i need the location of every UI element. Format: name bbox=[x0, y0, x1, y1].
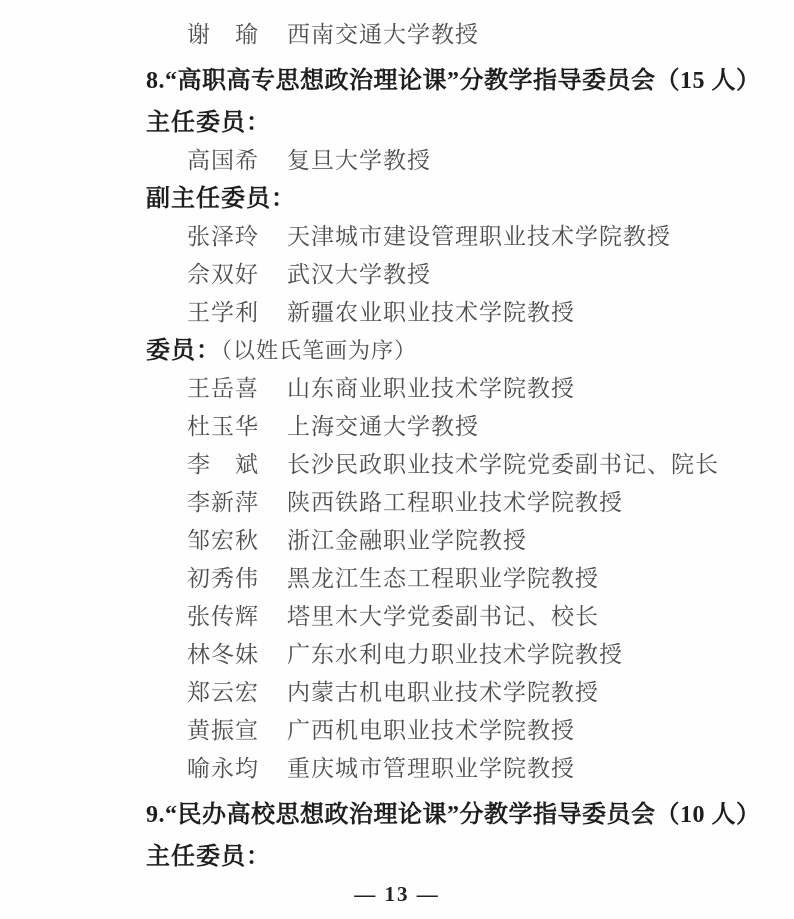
member-name: 王岳喜 bbox=[187, 370, 287, 408]
member-affiliation: 复旦大学教授 bbox=[287, 142, 431, 180]
member-name: 邹宏秋 bbox=[187, 522, 287, 560]
member-row: 张传辉塔里木大学党委副书记、校长 bbox=[146, 598, 754, 636]
member-name: 杜玉华 bbox=[187, 408, 287, 446]
member-affiliation: 天津城市建设管理职业技术学院教授 bbox=[287, 218, 671, 256]
member-affiliation: 西南交通大学教授 bbox=[287, 16, 479, 54]
member-name: 李新萍 bbox=[187, 484, 287, 522]
member-row: 谢 瑜西南交通大学教授 bbox=[146, 16, 754, 54]
member-row: 黄振宣广西机电职业技术学院教授 bbox=[146, 712, 754, 750]
member-row: 邹宏秋浙江金融职业学院教授 bbox=[146, 522, 754, 560]
member-affiliation: 重庆城市管理职业学院教授 bbox=[287, 750, 575, 788]
member-affiliation: 陕西铁路工程职业技术学院教授 bbox=[287, 484, 623, 522]
member-affiliation: 山东商业职业技术学院教授 bbox=[287, 370, 575, 408]
member-affiliation: 内蒙古机电职业技术学院教授 bbox=[287, 674, 599, 712]
member-row: 郑云宏内蒙古机电职业技术学院教授 bbox=[146, 674, 754, 712]
role-label-row: 委员：（以姓氏笔画为序） bbox=[146, 332, 754, 370]
member-row: 李 斌长沙民政职业技术学院党委副书记、院长 bbox=[146, 446, 754, 484]
role-label: 副主任委员： bbox=[146, 186, 296, 212]
role-label: 主任委员： bbox=[146, 844, 271, 870]
document-body: 谢 瑜西南交通大学教授8.“高职高专思想政治理论课”分教学指导委员会（15 人）… bbox=[0, 0, 794, 876]
member-name: 高国希 bbox=[187, 142, 287, 180]
page-number: — 13 — bbox=[0, 882, 794, 907]
member-row: 林冬妹广东水利电力职业技术学院教授 bbox=[146, 636, 754, 674]
member-name: 黄振宣 bbox=[187, 712, 287, 750]
member-name: 王学利 bbox=[187, 294, 287, 332]
member-row: 杜玉华上海交通大学教授 bbox=[146, 408, 754, 446]
member-name: 喻永均 bbox=[187, 750, 287, 788]
member-affiliation: 武汉大学教授 bbox=[287, 256, 431, 294]
member-name: 林冬妹 bbox=[187, 636, 287, 674]
member-affiliation: 新疆农业职业技术学院教授 bbox=[287, 294, 575, 332]
member-row: 高国希复旦大学教授 bbox=[146, 142, 754, 180]
member-row: 张泽玲天津城市建设管理职业技术学院教授 bbox=[146, 218, 754, 256]
member-row: 喻永均重庆城市管理职业学院教授 bbox=[146, 750, 754, 788]
section-heading: 9.“民办高校思想政治理论课”分教学指导委员会（10 人） bbox=[146, 792, 754, 838]
member-name: 张传辉 bbox=[187, 598, 287, 636]
section-heading: 8.“高职高专思想政治理论课”分教学指导委员会（15 人） bbox=[146, 58, 754, 104]
member-name: 佘双好 bbox=[187, 256, 287, 294]
member-row: 王岳喜山东商业职业技术学院教授 bbox=[146, 370, 754, 408]
member-row: 王学利新疆农业职业技术学院教授 bbox=[146, 294, 754, 332]
role-label-row: 主任委员： bbox=[146, 104, 754, 142]
member-affiliation: 广西机电职业技术学院教授 bbox=[287, 712, 575, 750]
member-row: 初秀伟黑龙江生态工程职业学院教授 bbox=[146, 560, 754, 598]
member-name: 初秀伟 bbox=[187, 560, 287, 598]
role-label-row: 主任委员： bbox=[146, 838, 754, 876]
role-label-note: （以姓氏笔画为序） bbox=[221, 338, 417, 363]
member-name: 李 斌 bbox=[187, 446, 287, 484]
member-affiliation: 塔里木大学党委副书记、校长 bbox=[287, 598, 599, 636]
member-affiliation: 浙江金融职业学院教授 bbox=[287, 522, 527, 560]
document-page: 谢 瑜西南交通大学教授8.“高职高专思想政治理论课”分教学指导委员会（15 人）… bbox=[0, 0, 794, 919]
member-row: 佘双好武汉大学教授 bbox=[146, 256, 754, 294]
member-affiliation: 广东水利电力职业技术学院教授 bbox=[287, 636, 623, 674]
member-row: 李新萍陕西铁路工程职业技术学院教授 bbox=[146, 484, 754, 522]
member-name: 谢 瑜 bbox=[187, 16, 287, 54]
member-affiliation: 长沙民政职业技术学院党委副书记、院长 bbox=[287, 446, 719, 484]
role-label: 主任委员： bbox=[146, 110, 271, 136]
member-name: 郑云宏 bbox=[187, 674, 287, 712]
member-affiliation: 上海交通大学教授 bbox=[287, 408, 479, 446]
member-name: 张泽玲 bbox=[187, 218, 287, 256]
member-affiliation: 黑龙江生态工程职业学院教授 bbox=[287, 560, 599, 598]
role-label: 委员： bbox=[146, 338, 221, 364]
role-label-row: 副主任委员： bbox=[146, 180, 754, 218]
